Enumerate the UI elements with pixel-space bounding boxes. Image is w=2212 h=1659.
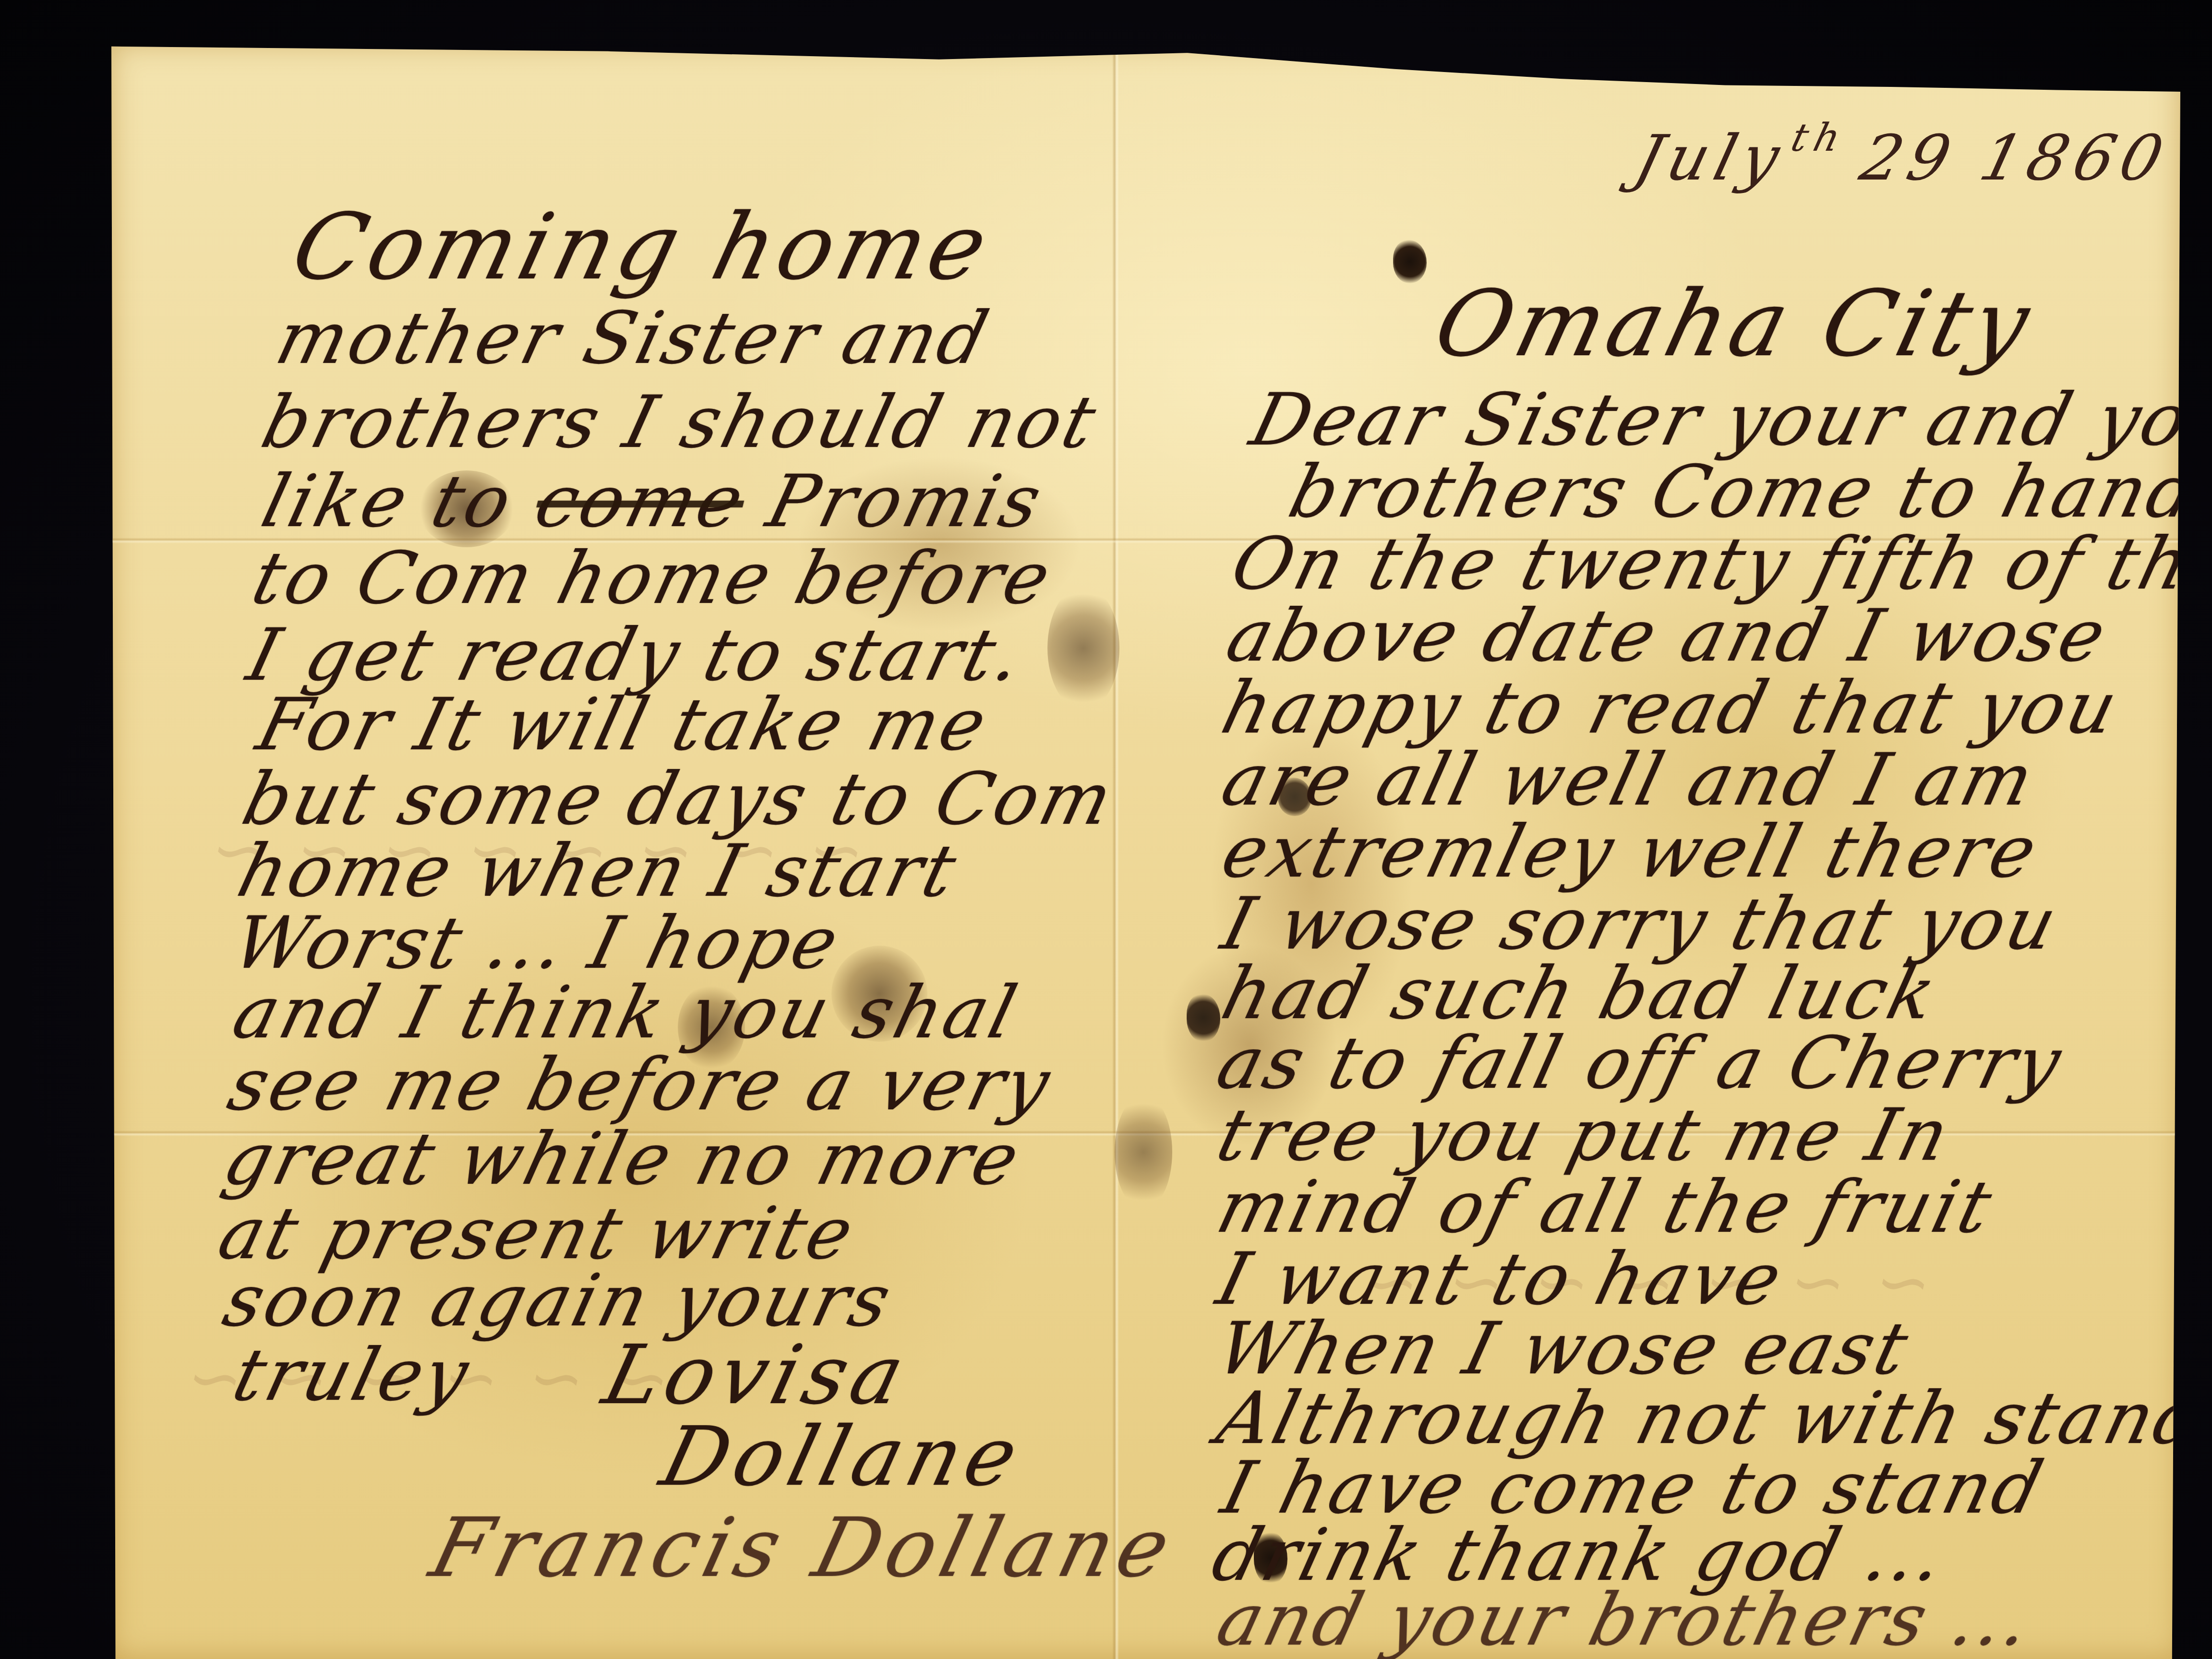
left-line-12: great while no more bbox=[217, 1123, 1028, 1195]
left-line-2: brothers I should not bbox=[255, 386, 1105, 458]
closing-word: truley bbox=[227, 1339, 478, 1411]
left-line-10: and I think you shal bbox=[227, 977, 1025, 1049]
right-line-2: brothers Come to hand bbox=[1283, 456, 2206, 528]
date-day: 29 bbox=[1853, 121, 1964, 194]
letter-date: Julyth 29 1860 bbox=[1628, 115, 2178, 194]
signature-full-name: Francis Dollane bbox=[423, 1507, 1183, 1589]
left-line-3-end: Promis bbox=[759, 460, 1052, 543]
letter-sheet: ~ ~ ~ ~ ~ ~ ~ ~ ~ ~ ~ ~ ~ ~ ~ ~ ~ ~ ~ ~ … bbox=[111, 43, 2180, 1659]
right-line-7: extremley well there bbox=[1215, 816, 2046, 888]
signature-surname: Dollane bbox=[654, 1416, 1031, 1498]
right-line-5: happy to read that you bbox=[1215, 672, 2127, 744]
signature-first-name: Lovisa bbox=[596, 1334, 917, 1416]
vertical-fold-crease bbox=[1112, 43, 1119, 1659]
left-heading: Coming home bbox=[284, 202, 1000, 293]
right-line-12: mind of all the fruit bbox=[1211, 1171, 2001, 1243]
right-column: Julyth 29 1860 Omaha City Dear Sister yo… bbox=[1119, 43, 2180, 1659]
right-line-14: When I wose east bbox=[1211, 1313, 1917, 1385]
right-line-6: are all well and I am bbox=[1215, 744, 2043, 816]
left-line-14: soon again yours bbox=[217, 1265, 900, 1337]
right-line-1: Dear Sister your and your bbox=[1244, 384, 2212, 456]
left-line-6: For It will take me bbox=[251, 689, 996, 761]
right-line-8: I wose sorry that you bbox=[1215, 888, 2066, 960]
left-column: Coming home mother Sister and brothers I… bbox=[111, 43, 1110, 1659]
left-line-1: mother Sister and bbox=[270, 302, 997, 374]
right-line-18: and your brothers ... bbox=[1211, 1584, 2040, 1656]
right-line-3: On the twenty fifth of the bbox=[1225, 528, 2212, 600]
date-ordinal: th bbox=[1787, 115, 1851, 160]
place-heading: Omaha City bbox=[1427, 278, 2042, 370]
left-line-9: Worst ... I hope bbox=[227, 907, 848, 979]
left-line-4: to Com home before bbox=[246, 542, 1059, 614]
left-line-3-start: like to bbox=[254, 460, 522, 543]
right-line-10: as to fall off a Cherry bbox=[1211, 1027, 2070, 1099]
left-line-7: but some days to Com bbox=[236, 763, 1121, 835]
date-year: 1860 bbox=[1973, 121, 2177, 194]
right-line-4: above date and I wose bbox=[1220, 600, 2115, 672]
right-line-11: tree you put me In bbox=[1211, 1099, 1958, 1171]
date-month: July bbox=[1628, 121, 1793, 194]
struck-out-word: come bbox=[528, 460, 755, 543]
right-line-9: had such bad luck bbox=[1215, 958, 1945, 1030]
right-line-15: Althrough not with standing bbox=[1211, 1382, 2212, 1455]
left-line-11: see me before a very bbox=[222, 1049, 1059, 1121]
left-line-8: home when I start bbox=[231, 835, 965, 907]
left-line-3: like to come Promis bbox=[255, 466, 1050, 538]
right-line-13: I want to have bbox=[1211, 1243, 1791, 1315]
left-line-5: I get ready to start. bbox=[241, 619, 1031, 691]
